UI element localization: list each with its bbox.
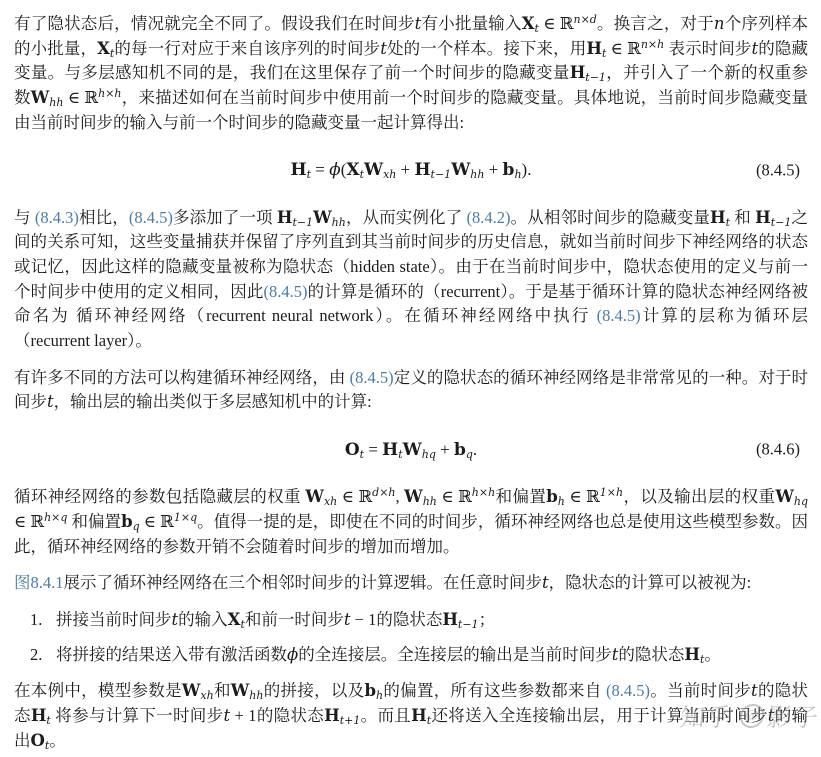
text-run: H (586, 39, 602, 58)
text-run: 将拼接的结果送入带有激活函数 (56, 645, 287, 664)
text-run: H (31, 706, 47, 725)
list-item: 1.拼接当前时间步t的输入Xt和前一时间步t − 1的隐状态Ht−1； (14, 608, 808, 633)
eq-ref-8.4.3[interactable]: (8.4.3) (35, 208, 79, 227)
list-item-body: 拼接当前时间步t的输入Xt和前一时间步t − 1的隐状态Ht−1； (56, 608, 808, 633)
text-run: 和偏置 (67, 512, 121, 531)
text-run: ∈ ℝ (539, 14, 574, 33)
list-item-body: 将拼接的结果送入带有激活函数ϕ的全连接层。全连接层的输出是当前时间步t的隐状态H… (56, 643, 808, 668)
document-body: 有了隐状态后，情况就完全不同了。假设我们在时间步t有小批量输入Xt ∈ ℝn×d… (0, 0, 821, 753)
equation-8.4.6: Ot = HtWhq + bq.(8.4.6) (14, 433, 808, 467)
text-run: ∈ ℝ (337, 487, 372, 506)
text-run: , (396, 487, 405, 506)
text-run: + (484, 160, 502, 179)
text-run: W (305, 487, 324, 506)
text-run: H (277, 208, 293, 227)
text-run: 拼接当前时间步 (56, 610, 172, 629)
text-run: W (451, 160, 470, 180)
text-run: 多添加了一项 (173, 208, 277, 227)
text-run: = (364, 440, 382, 459)
text-run: 1×h (600, 486, 623, 499)
text-run: hh (49, 96, 63, 109)
text-run: ，从而实例化了 (346, 208, 467, 227)
text-run: 表示时间步 (664, 39, 751, 58)
text-run: t (47, 392, 54, 411)
text-run: 的每一行对应于来自该序列的时间步 (114, 39, 380, 58)
eq-ref-8.4.2[interactable]: (8.4.2) (467, 208, 511, 227)
text-run: 和 (214, 681, 231, 700)
text-run: t−1 (771, 215, 792, 228)
text-run: ∈ ℝ (63, 88, 98, 107)
text-run: t−1 (458, 618, 479, 631)
text-run: t+1 (340, 714, 361, 727)
text-run: 循环神经网络的参数包括隐藏层的权重 (14, 487, 305, 506)
comparison-paragraph: 与 (8.4.3)相比，(8.4.5)多添加了一项 Ht−1Whh，从而实例化了… (14, 206, 808, 354)
text-run: ，隐状态的计算可以被视为: (549, 573, 752, 592)
text-run: t (344, 610, 351, 629)
text-run: . (473, 440, 477, 459)
text-run: n×d (574, 13, 597, 26)
text-run: 。当前时间步 (650, 681, 751, 700)
eq-ref-8.4.5[interactable]: (8.4.5) (129, 208, 173, 227)
text-run: 有许多不同的方法可以构建循环神经网络，由 (14, 368, 350, 387)
text-run: q (133, 520, 140, 533)
text-run: W (403, 440, 422, 460)
text-run: 的隐状态 (618, 645, 684, 664)
text-run: b (454, 440, 466, 460)
text-run: + 1的隐状态 (230, 706, 324, 725)
text-run: t−1 (431, 168, 452, 181)
text-run: hh (249, 689, 263, 702)
text-run: h×q (44, 511, 67, 524)
text-run: X (97, 39, 110, 58)
text-run: h×h (98, 87, 121, 100)
text-run: H (324, 706, 340, 725)
text-run: xh (200, 689, 213, 702)
equation-body: Ht = ϕ(XtWxh + Ht−1Whh + bh). (291, 158, 532, 183)
text-run: 将参与计算下一时间步 (51, 706, 224, 725)
text-run: t−1 (585, 71, 606, 84)
text-run: ϕ (329, 160, 341, 180)
text-run: hh (423, 495, 437, 508)
text-run: O (345, 440, 360, 460)
text-run: 1×q (174, 511, 197, 524)
text-run: b (503, 160, 515, 180)
text-run: W (404, 487, 423, 506)
text-run: X (228, 610, 241, 629)
example-paragraph: 在本例中，模型参数是Wxh和Whh的拼接，以及bh的偏置，所有这些参数都来自 (… (14, 679, 808, 753)
text-run: H (442, 610, 458, 629)
text-run: q (466, 448, 473, 461)
figure-reference-paragraph: 图8.4.1展示了循环神经网络在三个相邻时间步的计算逻辑。在任意时间步t，隐状态… (14, 571, 808, 596)
text-run: H (710, 208, 726, 227)
text-run: ∈ ℝ (140, 512, 174, 531)
text-run: + (396, 160, 414, 179)
text-run: 的偏置，所有这些参数都来自 (383, 681, 606, 700)
text-run: h (558, 495, 565, 508)
list-item-marker: 2. (30, 643, 56, 668)
equation-body: Ot = HtWhq + bq. (345, 438, 477, 463)
text-run: W (182, 681, 201, 700)
text-run: H (382, 440, 398, 460)
text-run: hh (332, 215, 346, 228)
text-run: 的全连接层。全连接层的输出是当前时间步 (298, 645, 612, 664)
eq-ref-8.4.5[interactable]: (8.4.5) (597, 306, 641, 325)
text-run: 和前一时间步 (245, 610, 344, 629)
text-run: H (684, 645, 700, 664)
text-run: 。值得一提的是，即使在不同的时间步，循环神经网络也总是使用这些模型参数。因此，循… (14, 512, 808, 556)
text-run: 和 (730, 208, 755, 227)
text-run: 。 (704, 645, 721, 664)
text-run: H (411, 706, 427, 725)
text-run: H (414, 160, 430, 180)
text-run: b (364, 681, 376, 700)
text-run: 。换言之，对于 (597, 14, 714, 33)
text-run: ϕ (287, 645, 298, 664)
parameters-paragraph: 循环神经网络的参数包括隐藏层的权重 Wxh ∈ ℝd×h, Whh ∈ ℝh×h… (14, 485, 808, 559)
text-run: 相比， (79, 208, 129, 227)
document-page: 有了隐状态后，情况就完全不同了。假设我们在时间步t有小批量输入Xt ∈ ℝn×d… (0, 0, 821, 757)
equation-8.4.5: Ht = ϕ(XtWxh + Ht−1Whh + bh).(8.4.5) (14, 154, 808, 188)
text-run: hq (422, 448, 436, 461)
text-run: d×h (372, 486, 395, 499)
text-run: X (346, 160, 359, 180)
steps-list: 1.拼接当前时间步t的输入Xt和前一时间步t − 1的隐状态Ht−1；2.将拼接… (14, 608, 808, 667)
text-run: xh (383, 168, 396, 181)
text-run: W (31, 88, 50, 107)
text-run: W (775, 487, 794, 506)
text-run: 在本例中，模型参数是 (14, 681, 182, 700)
text-run: h (514, 168, 521, 181)
text-run: t (751, 681, 758, 700)
text-run: ∈ ℝ (565, 487, 600, 506)
text-run: 和偏置 (495, 487, 546, 506)
list-item-marker: 1. (30, 608, 56, 633)
text-run: W (313, 208, 332, 227)
text-run: 展示了循环神经网络在三个相邻时间步的计算逻辑。在任意时间步 (64, 573, 543, 592)
text-run: + (436, 440, 454, 459)
text-run: 有小批量输入 (421, 14, 521, 33)
text-run: h×h (472, 486, 495, 499)
text-run: − 1的隐状态 (351, 610, 443, 629)
text-run: 。从相邻时间步的隐藏变量 (511, 208, 711, 227)
text-run: hq (794, 495, 808, 508)
text-run: 与 (14, 208, 35, 227)
text-run: O (31, 731, 45, 750)
intro-paragraph: 有了隐状态后，情况就完全不同了。假设我们在时间步t有小批量输入Xt ∈ ℝn×d… (14, 12, 808, 136)
text-run: ). (522, 160, 532, 179)
text-run: X (522, 14, 535, 33)
text-run: H (570, 63, 586, 82)
text-run: H (755, 208, 771, 227)
equation-number: (8.4.6) (756, 438, 800, 463)
text-run: = (311, 160, 329, 179)
text-run: ，以及输出层的权重 (623, 487, 775, 506)
eq-ref-8.4.5[interactable]: (8.4.5) (350, 368, 394, 387)
text-run: 。 (49, 731, 66, 750)
text-run: ，输出层的输出类似于多层感知机中的计算: (54, 392, 372, 411)
text-run: 的拼接，以及 (263, 681, 364, 700)
output-layer-paragraph: 有许多不同的方法可以构建循环神经网络，由 (8.4.5)定义的隐状态的循环神经网… (14, 366, 808, 415)
text-run: 处的一个样本。接下来，用 (387, 39, 587, 58)
text-run: ∈ ℝ (606, 39, 640, 58)
list-item: 2.将拼接的结果送入带有激活函数ϕ的全连接层。全连接层的输出是当前时间步t的隐状… (14, 643, 808, 668)
text-run: W (231, 681, 250, 700)
text-run: W (364, 160, 383, 180)
text-run: b (121, 512, 133, 531)
text-run: 。而且 (360, 706, 411, 725)
eq-ref-8.4.5[interactable]: (8.4.5) (264, 282, 308, 301)
text-run: t (380, 39, 387, 58)
eq-ref-8.4.5[interactable]: (8.4.5) (606, 681, 650, 700)
text-run: 的输入 (178, 610, 228, 629)
text-run: xh (324, 495, 337, 508)
text-run: ； (479, 610, 496, 629)
text-run: t−1 (292, 215, 313, 228)
text-run: n (714, 14, 725, 33)
text-run: n×h (641, 38, 664, 51)
text-run: ∈ ℝ (14, 512, 44, 531)
text-run: 有了隐状态后，情况就完全不同了。假设我们在时间步 (14, 14, 415, 33)
text-run: t (542, 573, 549, 592)
text-run: 还将送入全连接输出层，用于计算当前时间步 (431, 706, 768, 725)
fig-ref-8.4.1[interactable]: 图8.4.1 (14, 573, 64, 592)
text-run: b (546, 487, 558, 506)
text-run: hh (470, 168, 484, 181)
text-run: ，来描述如何在当前时间步中使用前一个时间步的隐藏变量。具体地说，当前时间步隐藏变… (14, 88, 808, 132)
text-run: H (291, 160, 307, 180)
equation-number: (8.4.5) (756, 158, 800, 183)
text-run: ∈ ℝ (437, 487, 472, 506)
